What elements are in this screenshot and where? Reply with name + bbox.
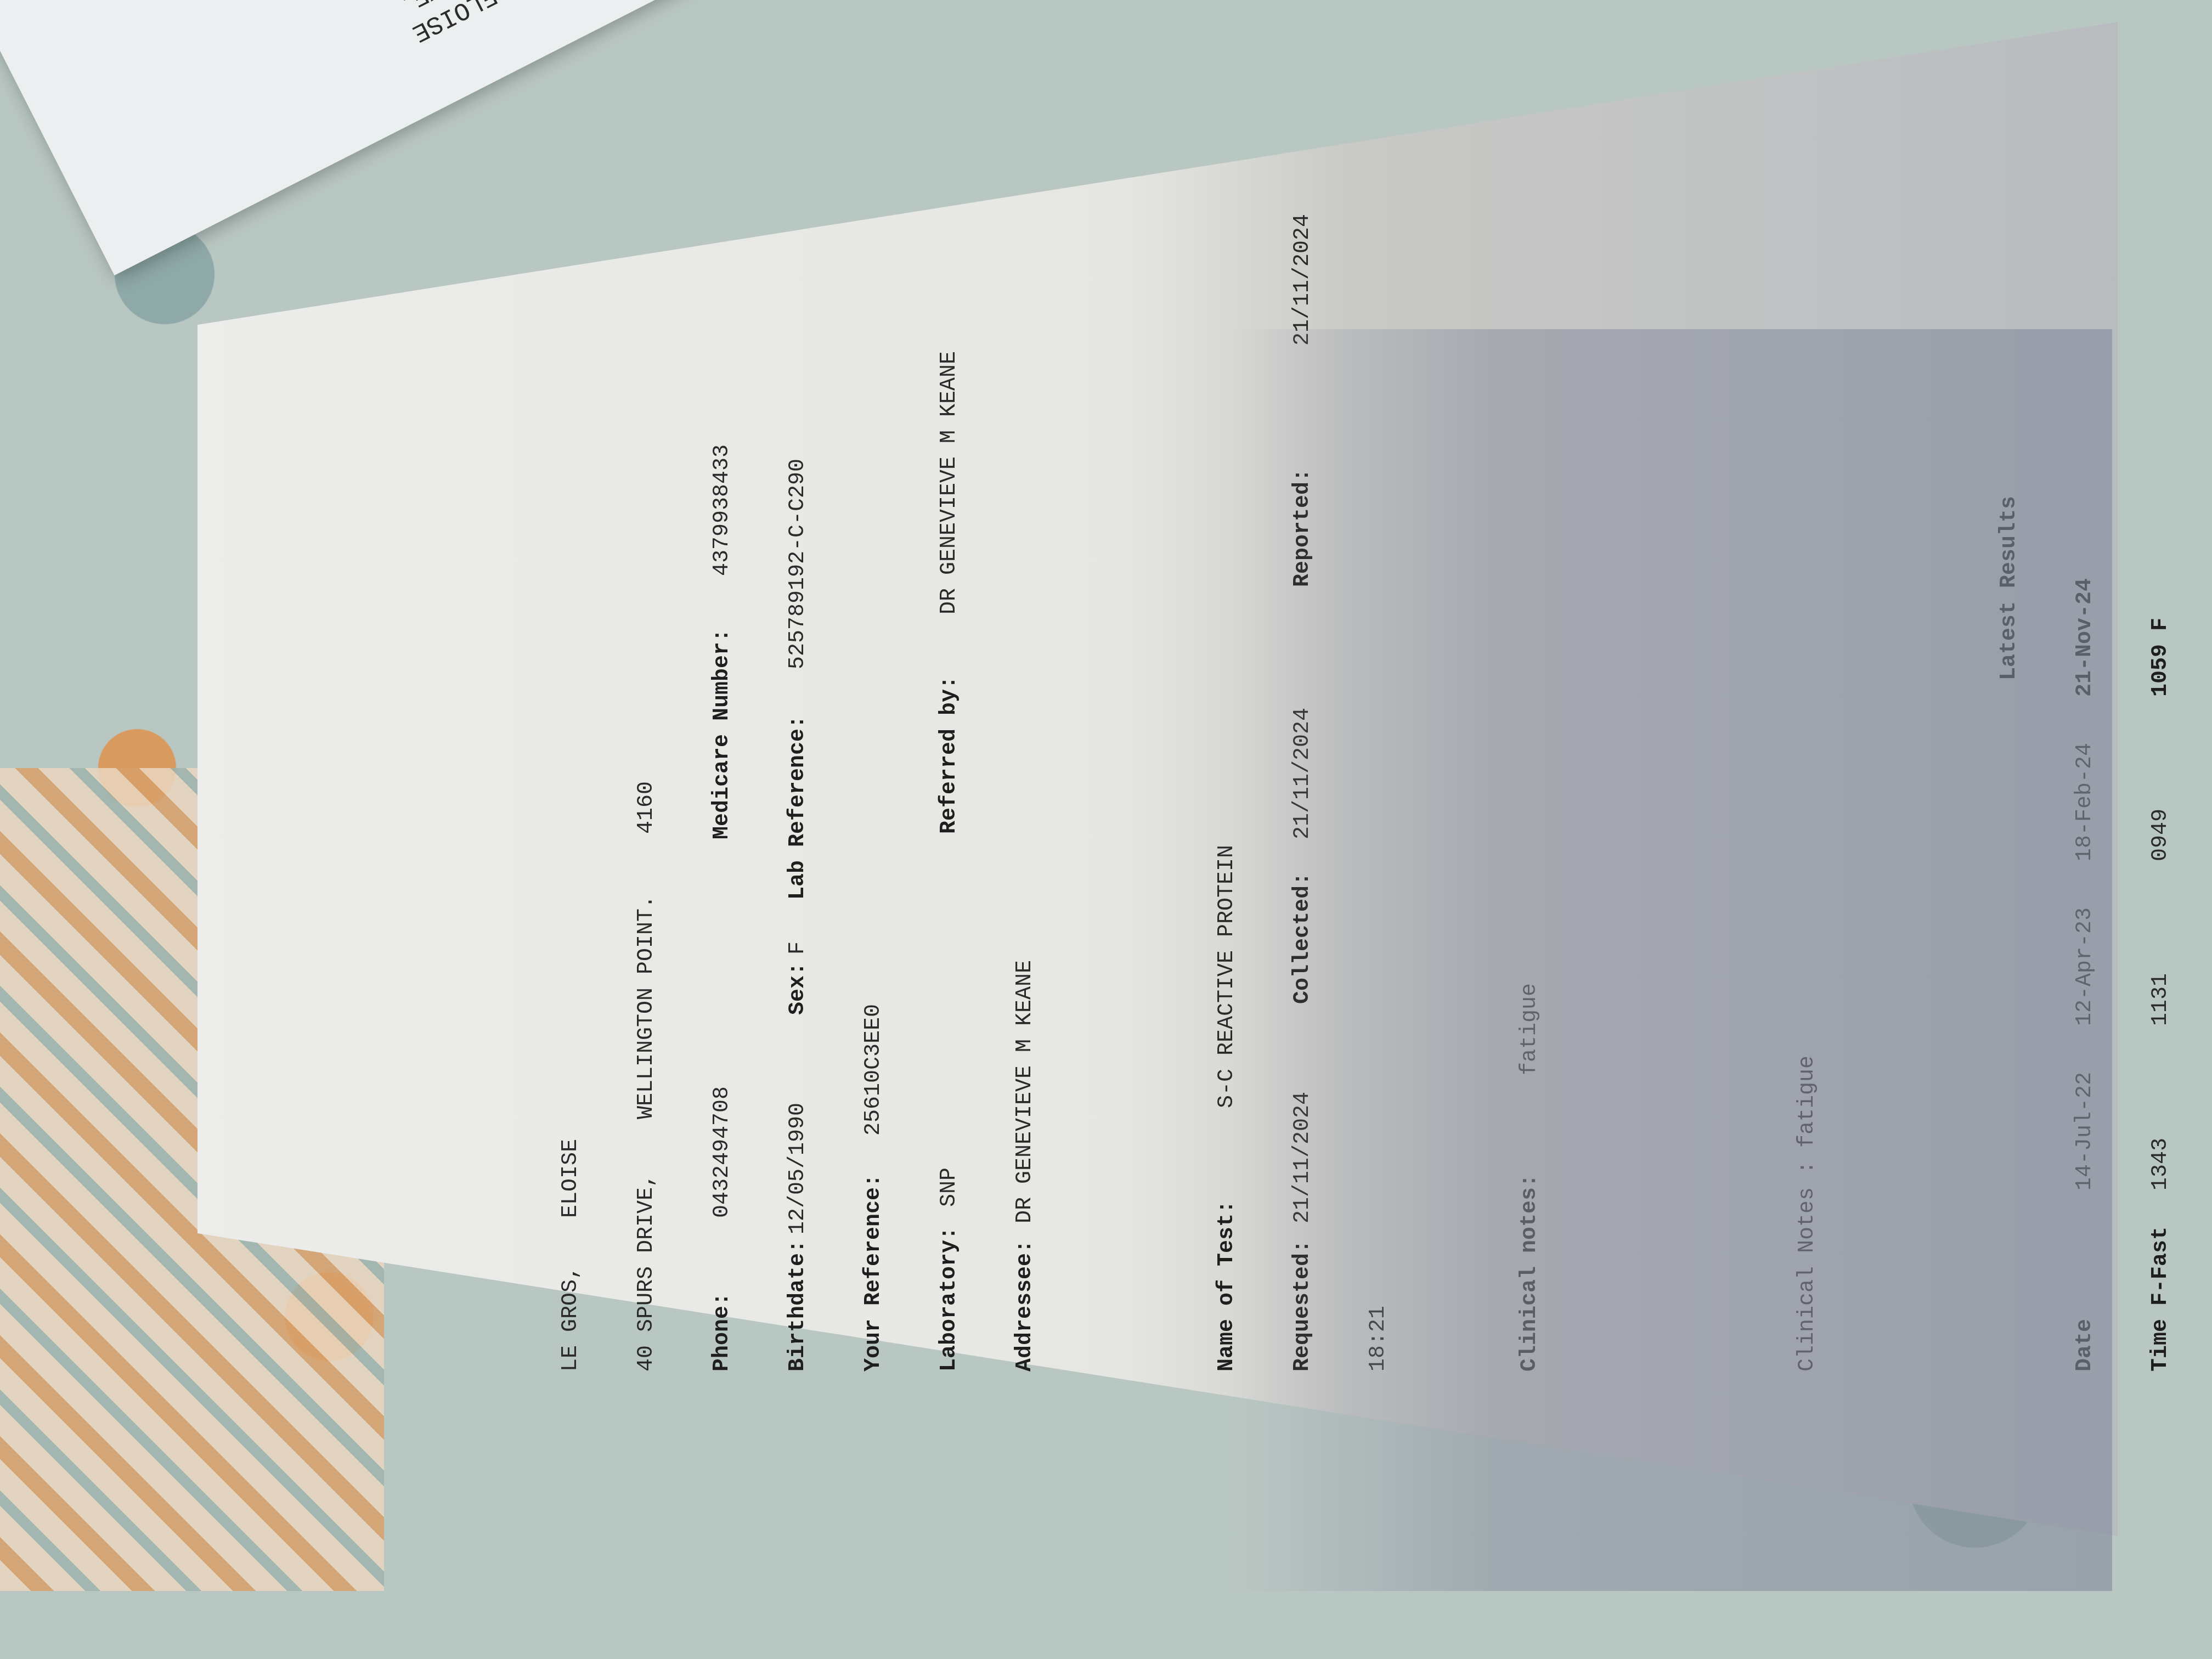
clinical-notes-row: Clinical notes: fatigue [1517,110,1543,1372]
patient-address-row: 40 SPURS DRIVE, WELLINGTON POINT. 4160 [634,110,659,1372]
patient-name-row: LE GROS, ELOISE [558,110,584,1372]
addressee-row: Addressee: DR GENEVIEVE M KEANE [1013,110,1038,1372]
pathology-report-content: LE GROS, ELOISE 40 SPURS DRIVE, WELLINGT… [483,110,2212,1372]
test-dates-row: Requested: 21/11/2024 Collected: 21/11/2… [1290,110,1316,1372]
results-header-latest: Latest Results [1997,110,2022,1372]
requested-time-row: 18:21 [1366,110,1391,1372]
test-name-row: Name of Test: S-C REACTIVE PROTEIN [1215,110,1240,1372]
laboratory-row: Laboratory: SNP Referred by: DR GENEVIEV… [937,110,962,1372]
patient-birthdate-row: Birthdate: 12/05/1990 Sex: F Lab Referen… [786,110,811,1372]
your-reference-row: Your Reference: 25610C3EE0 [861,110,887,1372]
patient-phone-row: Phone: 0432494708 Medicare Number: 43799… [710,110,735,1372]
results-date-row: Date 14-Jul-22 12-Apr-23 18-Feb-24 21-No… [2073,110,2098,1372]
back-page-text: LE GROS, ELOISE 40 SPURS DRIVE, Phone: 0… [239,0,624,90]
results-time-row: Time F-Fast 1343 1131 0949 1059 F [2148,110,2174,1372]
clinical-notes-line: Clinical Notes : fatigue [1795,110,1820,1372]
